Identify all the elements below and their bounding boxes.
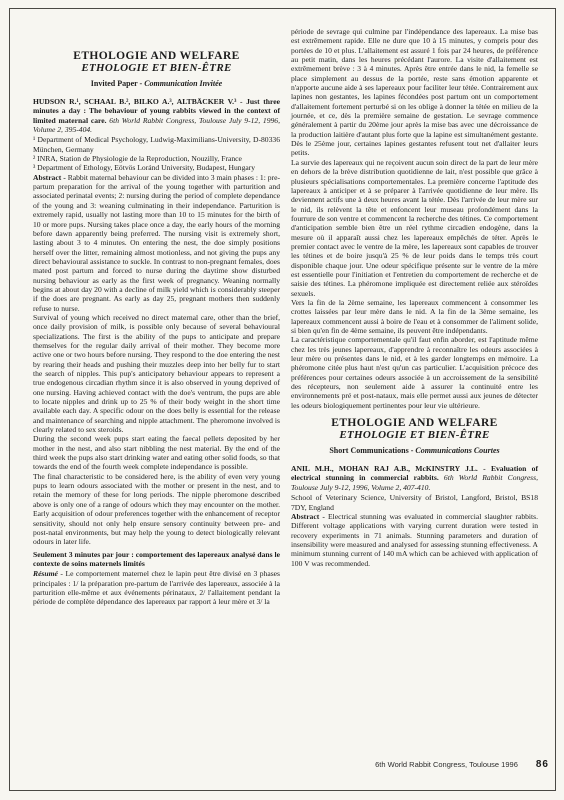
left-column: ETHOLOGIE AND WELFARE ETHOLOGIE ET BIEN-… xyxy=(33,52,280,607)
scanned-proceedings-page: ETHOLOGIE AND WELFARE ETHOLOGIE ET BIEN-… xyxy=(0,0,564,800)
page-number: 86 xyxy=(536,759,549,770)
paper1-resume-paragraph: Résumé - Le comportement maternel chez l… xyxy=(33,569,280,606)
right-column: période de sevrage qui culmine par l'ind… xyxy=(291,27,538,568)
paper1-abstract-paragraph-3: During the second week pups start eating… xyxy=(33,434,280,471)
paper2-authors: ANIL M.H., MOHAN RAJ A.B., McKINSTRY J.L… xyxy=(291,464,478,473)
section2-subtitle-french: Communications Courtes xyxy=(415,446,499,455)
subtitle-english: Invited Paper - xyxy=(91,79,144,88)
section2-title-french: ETHOLOGIE ET BIEN-ÊTRE xyxy=(291,431,538,440)
paper1-authors: HUDSON R.¹, SCHAAL B.², BILKO A.³, ALTBÄ… xyxy=(33,97,236,106)
paper1-affiliation-3: ³ Department of Ethology, Eötvös Loránd … xyxy=(33,163,280,172)
paper1-french-title: Seulement 3 minutes par jour : comportem… xyxy=(33,550,280,569)
paper1-abstract-paragraph-1: Abstract - Rabbit maternal behaviour can… xyxy=(33,173,280,313)
footer-congress-text: 6th World Rabbit Congress, Toulouse 1996 xyxy=(375,760,518,769)
paper1-resume-paragraph-4: La caractéristique comportementale qu'il… xyxy=(291,335,538,410)
section-title-french: ETHOLOGIE ET BIEN-ÊTRE xyxy=(33,64,280,73)
section2-title-english: ETHOLOGIE AND WELFARE xyxy=(291,419,538,428)
abstract-text-1: Rabbit maternal behaviour can be divided… xyxy=(33,173,280,313)
subtitle-french: Communication Invitée xyxy=(144,79,222,88)
paper2-abstract-paragraph: Abstract - Electrical stunning was evalu… xyxy=(291,512,538,568)
abstract-label: Abstract - xyxy=(33,173,68,182)
paper1-resume-paragraph-3: Vers la fin de la 2ème semaine, les lape… xyxy=(291,298,538,335)
paper2-citation: ANIL M.H., MOHAN RAJ A.B., McKINSTRY J.L… xyxy=(291,464,538,492)
page-footer: 6th World Rabbit Congress, Toulouse 1996… xyxy=(375,759,549,770)
resume-text-left: - Le comportement maternel chez le lapin… xyxy=(33,569,280,606)
paper1-citation: HUDSON R.¹, SCHAAL B.², BILKO A.³, ALTBÄ… xyxy=(33,97,280,134)
section2-subtitle-english: Short Communications - xyxy=(329,446,415,455)
paper1-resume-paragraph-2: La survie des lapereaux qui ne reçoivent… xyxy=(291,158,538,298)
paper1-affiliation-1: ¹ Department of Medical Psychology, Ludw… xyxy=(33,135,280,154)
paper2-abstract-text: Electrical stunning was evaluated in com… xyxy=(291,512,538,568)
paper2-affiliation: School of Veterinary Science, University… xyxy=(291,493,538,512)
paper1-resume-continuation: période de sevrage qui culmine par l'ind… xyxy=(291,27,538,158)
section-subtitle: Invited Paper - Communication Invitée xyxy=(33,79,280,88)
section2-subtitle: Short Communications - Communications Co… xyxy=(291,446,538,455)
paper2-abstract-label: Abstract - xyxy=(291,512,328,521)
paper1-abstract-paragraph-4: The final characteristic to be considere… xyxy=(33,472,280,547)
paper1-affiliation-2: ² INRA, Station de Physiologie de la Rep… xyxy=(33,154,280,163)
paper1-abstract-paragraph-2: Survival of young which received no dire… xyxy=(33,313,280,434)
section-title-english: ETHOLOGIE AND WELFARE xyxy=(33,52,280,61)
resume-label: Résumé xyxy=(33,569,58,578)
